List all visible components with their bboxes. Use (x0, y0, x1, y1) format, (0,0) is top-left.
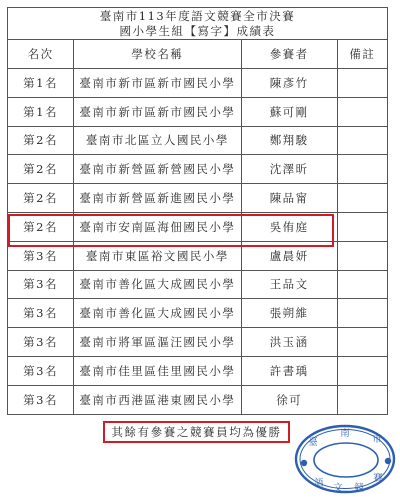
table-row: 第2名 臺南市北區立人國民小學 鄭翔駿 (8, 126, 388, 155)
remarks-cell (337, 97, 387, 126)
footer-note: 其餘有參賽之競賽員均為優勝 (103, 421, 290, 443)
school-cell: 臺南市佳里區佳里國民小學 (74, 356, 241, 385)
header-school: 學校名稱 (74, 40, 241, 69)
table-row: 第3名 臺南市善化區大成國民小學 張朔維 (8, 299, 388, 328)
title-line-2: 國小學生組【寫字】成績表 (8, 24, 387, 39)
table-row: 第3名 臺南市將軍區漚汪國民小學 洪玉涵 (8, 328, 388, 357)
stamp-char: 文 (333, 482, 343, 494)
participant-cell: 沈澤昕 (241, 155, 337, 184)
table-row: 第1名 臺南市新市區新市國民小學 蘇可剛 (8, 97, 388, 126)
participant-cell: 張朔維 (241, 299, 337, 328)
table-row: 第3名 臺南市東區裕文國民小學 盧晨妍 (8, 241, 388, 270)
stamp-char: 語 (314, 478, 324, 489)
remarks-cell (337, 356, 387, 385)
school-cell: 臺南市東區裕文國民小學 (74, 241, 241, 270)
participant-cell: 陳品甯 (241, 184, 337, 213)
rank-cell: 第3名 (8, 385, 74, 414)
school-cell: 臺南市新營區新進國民小學 (74, 184, 241, 213)
table-row: 第2名 臺南市新營區新營國民小學 沈澤昕 (8, 155, 388, 184)
school-cell: 臺南市將軍區漚汪國民小學 (74, 328, 241, 357)
stamp-char: 賽 (373, 472, 383, 484)
title-line-1: 臺南市113年度語文競賽全市決賽 (8, 9, 387, 24)
rank-cell: 第2名 (8, 184, 74, 213)
school-cell: 臺南市西港區港東國民小學 (74, 385, 241, 414)
participant-cell: 吳侑庭 (241, 212, 337, 241)
rank-cell: 第1名 (8, 69, 74, 98)
stamp-char: 競 (354, 482, 364, 494)
participant-cell: 王品文 (241, 270, 337, 299)
school-cell: 臺南市新營區新營國民小學 (74, 155, 241, 184)
header-rank: 名次 (8, 40, 74, 69)
school-cell: 臺南市善化區大成國民小學 (74, 299, 241, 328)
participant-cell: 鄭翔駿 (241, 126, 337, 155)
participant-cell: 盧晨妍 (241, 241, 337, 270)
stamp-char: 市 (372, 433, 382, 445)
rank-cell: 第3名 (8, 241, 74, 270)
remarks-cell (337, 184, 387, 213)
header-remarks: 備註 (337, 40, 387, 69)
school-cell: 臺南市新市區新市國民小學 (74, 69, 241, 98)
remarks-cell (337, 126, 387, 155)
remarks-cell (337, 241, 387, 270)
table-row: 第3名 臺南市善化區大成國民小學 王品文 (8, 270, 388, 299)
table-row: 第1名 臺南市新市區新市國民小學 陳彥竹 (8, 69, 388, 98)
remarks-cell (337, 385, 387, 414)
participant-cell: 許書瑀 (241, 356, 337, 385)
school-cell: 臺南市安南區海佃國民小學 (74, 212, 241, 241)
remarks-cell (337, 155, 387, 184)
table-row-highlighted: 第2名 臺南市安南區海佃國民小學 吳侑庭 (8, 212, 388, 241)
header-row: 名次 學校名稱 參賽者 備註 (8, 40, 388, 69)
remarks-cell (337, 299, 387, 328)
school-cell: 臺南市北區立人國民小學 (74, 126, 241, 155)
participant-cell: 陳彥竹 (241, 69, 337, 98)
remarks-cell (337, 69, 387, 98)
rank-cell: 第1名 (8, 97, 74, 126)
results-table: 臺南市113年度語文競賽全市決賽 國小學生組【寫字】成績表 名次 學校名稱 參賽… (7, 7, 388, 415)
school-cell: 臺南市新市區新市國民小學 (74, 97, 241, 126)
rank-cell: 第3名 (8, 299, 74, 328)
rank-cell: 第2名 (8, 126, 74, 155)
stamp-char: 臺 (308, 436, 318, 448)
participant-cell: 徐可 (241, 385, 337, 414)
table-row: 第3名 臺南市佳里區佳里國民小學 許書瑀 (8, 356, 388, 385)
participant-cell: 洪玉涵 (241, 328, 337, 357)
rank-cell: 第3名 (8, 356, 74, 385)
table-title: 臺南市113年度語文競賽全市決賽 國小學生組【寫字】成績表 (8, 8, 388, 40)
table-row: 第2名 臺南市新營區新進國民小學 陳品甯 (8, 184, 388, 213)
school-cell: 臺南市善化區大成國民小學 (74, 270, 241, 299)
official-seal-icon: 臺 南 市 語 文 競 賽 (293, 423, 397, 495)
rank-cell: 第2名 (8, 155, 74, 184)
rank-cell: 第2名 (8, 212, 74, 241)
remarks-cell (337, 328, 387, 357)
stamp-char: 南 (340, 427, 350, 439)
remarks-cell (337, 212, 387, 241)
header-participant: 參賽者 (241, 40, 337, 69)
participant-cell: 蘇可剛 (241, 97, 337, 126)
rank-cell: 第3名 (8, 328, 74, 357)
table-row: 第3名 臺南市西港區港東國民小學 徐可 (8, 385, 388, 414)
remarks-cell (337, 270, 387, 299)
rank-cell: 第3名 (8, 270, 74, 299)
